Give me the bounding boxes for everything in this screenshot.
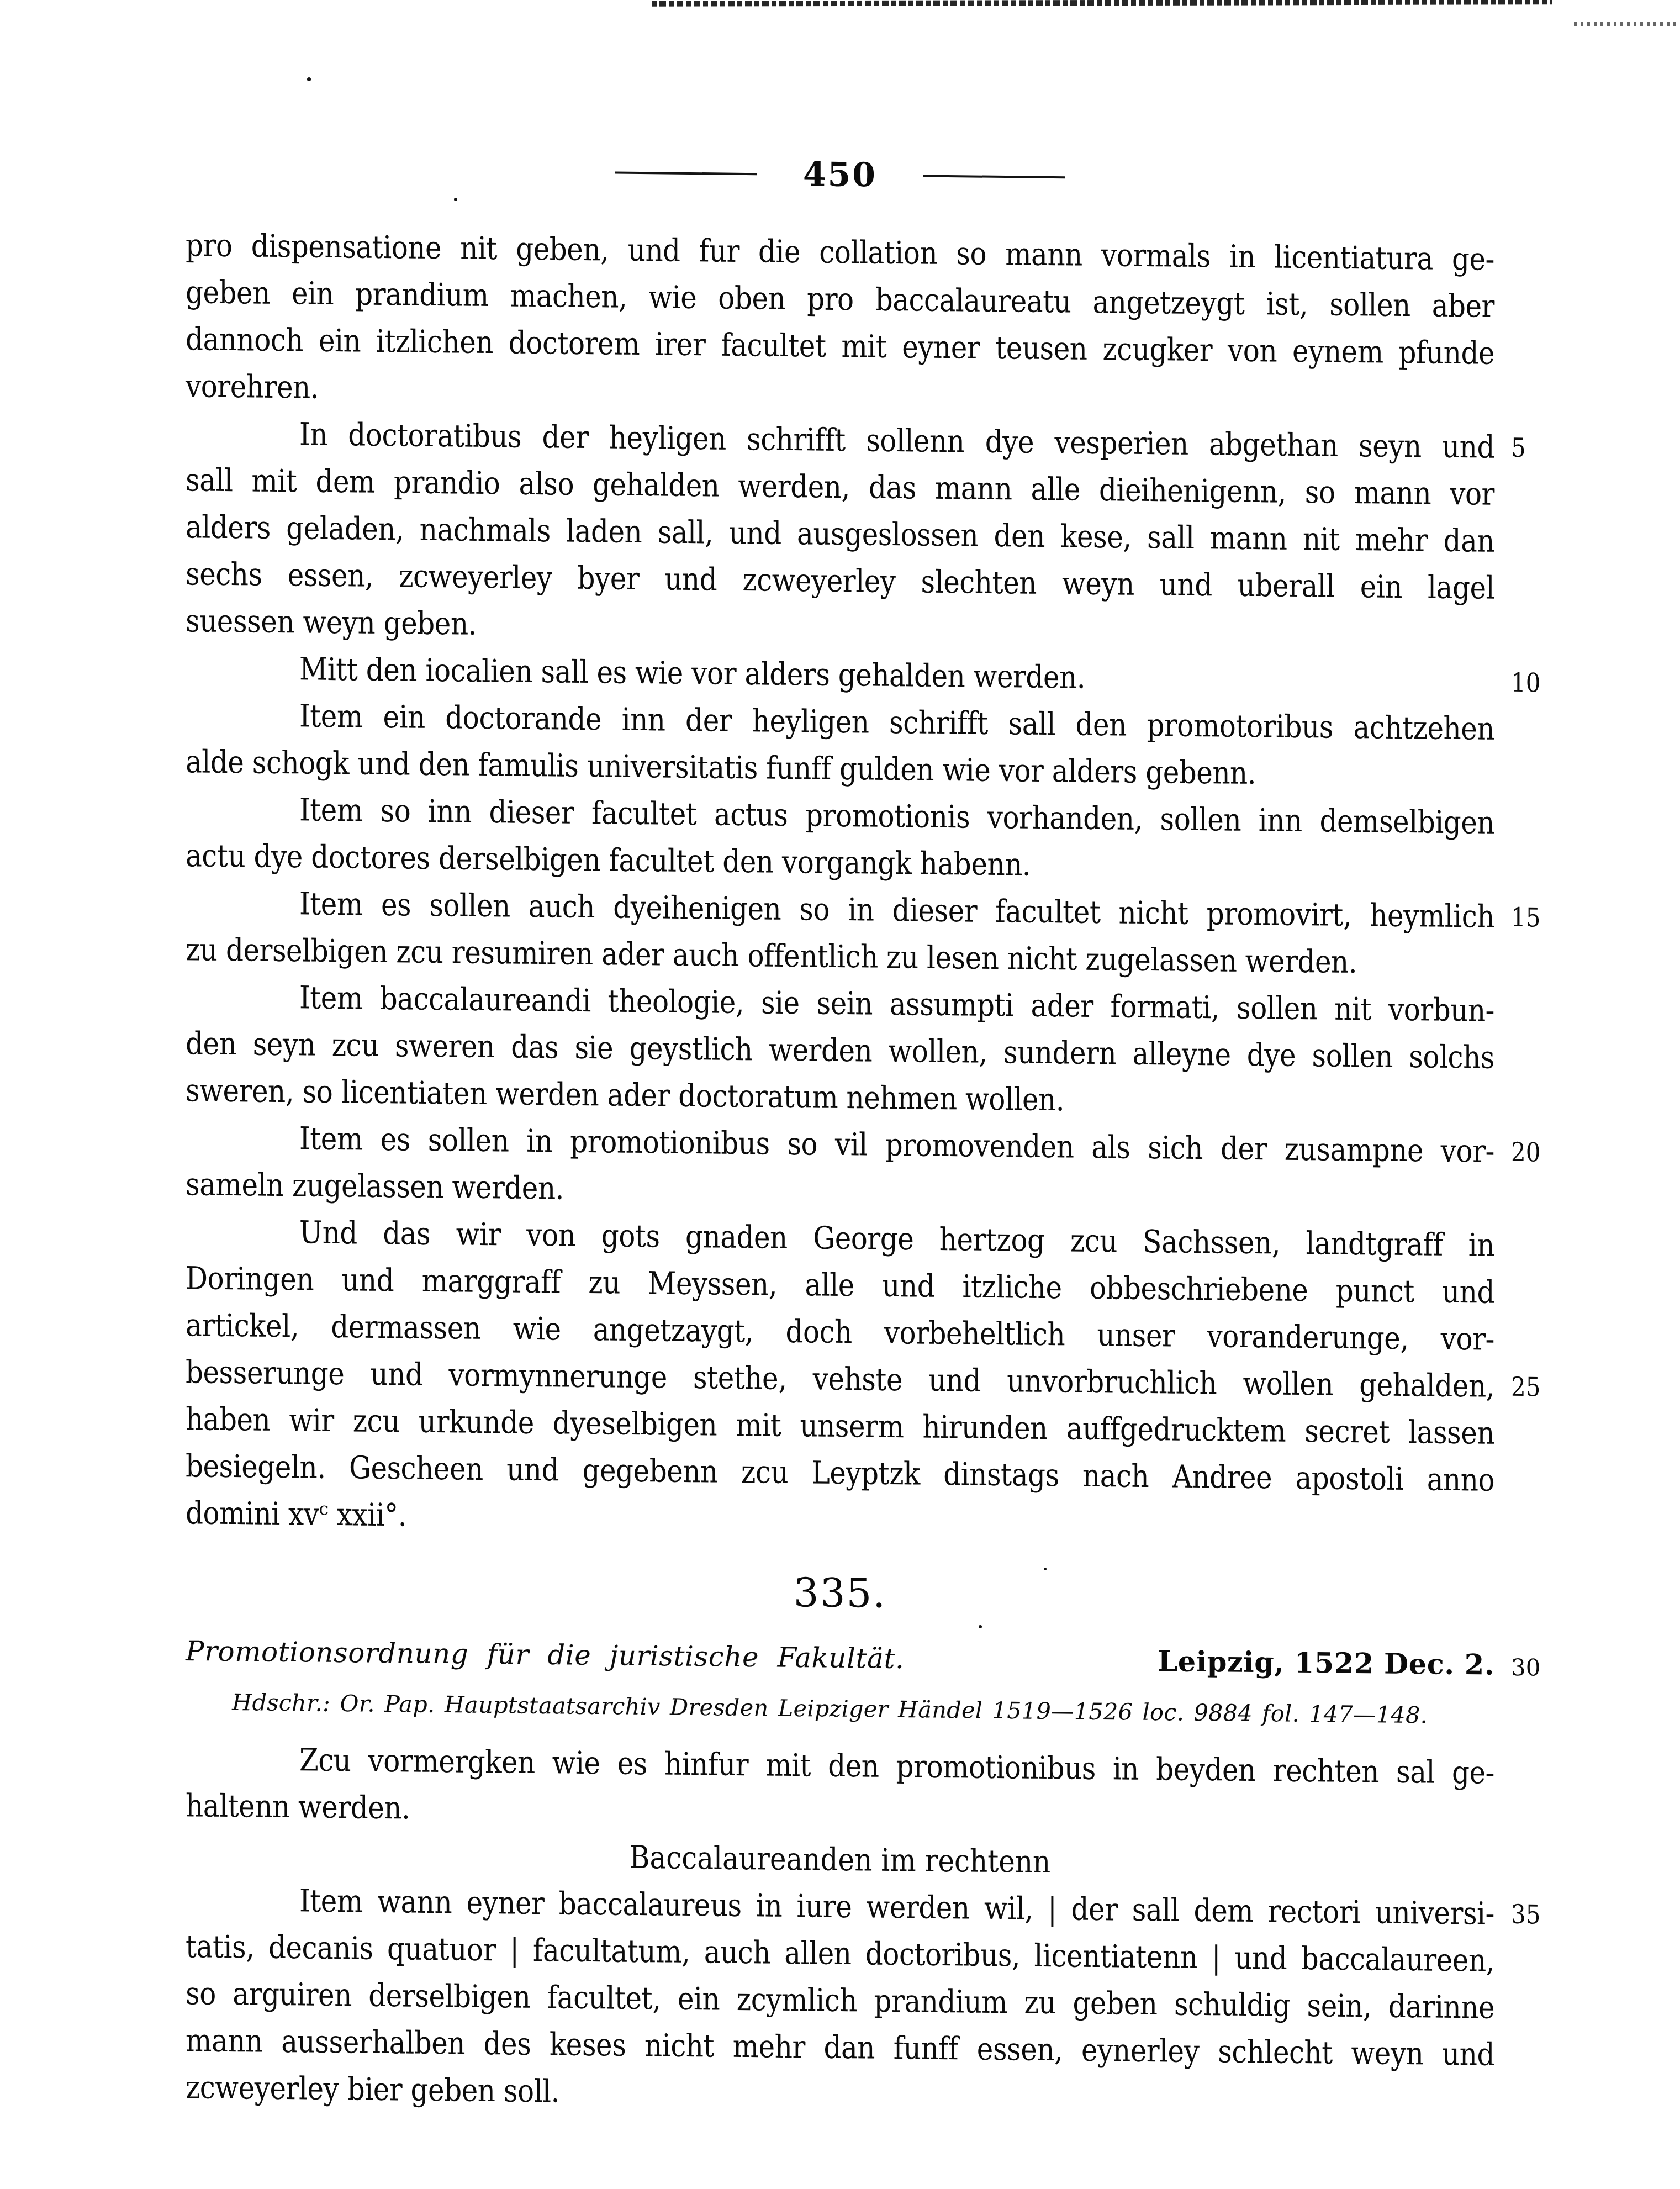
text-line-content: zcweyerley bier geben soll. bbox=[186, 2069, 559, 2109]
document-335-intro: Zcu vormergken wie es hinfur mit den pro… bbox=[186, 1736, 1494, 1844]
section-dateline: Leipzig, 1522 Dec. 2. bbox=[1158, 1643, 1494, 1684]
text-line-content: sameln zugelassen werden. bbox=[186, 1166, 564, 1206]
margin-line-number: 20 bbox=[1511, 1125, 1540, 1179]
margin-line-number: 25 bbox=[1511, 1360, 1540, 1413]
page-number: 450 bbox=[803, 155, 877, 195]
header-rule-left bbox=[615, 171, 757, 175]
text-line-content: sweren, so licentiaten werden ader docto… bbox=[186, 1072, 1064, 1118]
text-column: pro dispensatione nit geben, und fur die… bbox=[186, 222, 1494, 2125]
margin-line-number: 10 bbox=[1511, 656, 1540, 709]
section-number: 335. bbox=[186, 1563, 1494, 1623]
section-title-row: Promotionsordnung für die juristische Fa… bbox=[186, 1633, 1494, 1684]
text-line-content: Mitt den iocalien sall es wie vor alders… bbox=[299, 651, 1085, 695]
scan-artifact-top-edge bbox=[652, 0, 1552, 7]
text-line-content: vorehren. bbox=[186, 368, 319, 405]
section-title: Promotionsordnung für die juristische Fa… bbox=[186, 1633, 904, 1677]
text-line-content: actu dye doctores derselbigen facultet d… bbox=[186, 837, 1031, 883]
page-content: 450 pro dispensatione nit geben, und fur… bbox=[0, 0, 1680, 2127]
margin-line-number: 15 bbox=[1511, 890, 1540, 944]
header-rule-right bbox=[923, 175, 1065, 178]
page-header: 450 bbox=[186, 0, 1494, 202]
margin-line-number: 5 bbox=[1511, 421, 1526, 474]
text-line-content: haltenn werden. bbox=[186, 1787, 410, 1826]
text-line-content: suessen weyn geben. bbox=[186, 603, 477, 642]
margin-line-number: 30 bbox=[1511, 1649, 1540, 1686]
margin-line-number: 35 bbox=[1511, 1887, 1540, 1941]
document-334-text: pro dispensatione nit geben, und fur die… bbox=[186, 222, 1494, 1551]
text-line-content: domini xvᶜ xxii°. bbox=[186, 1495, 406, 1533]
scanned-page: 450 pro dispensatione nit geben, und fur… bbox=[0, 0, 1680, 2189]
source-note: Hdschr.: Or. Pap. Hauptstaatsarchiv Dres… bbox=[232, 1687, 1494, 1731]
document-335-body: Item wann eyner baccalaureus in iure wer… bbox=[186, 1876, 1494, 2125]
